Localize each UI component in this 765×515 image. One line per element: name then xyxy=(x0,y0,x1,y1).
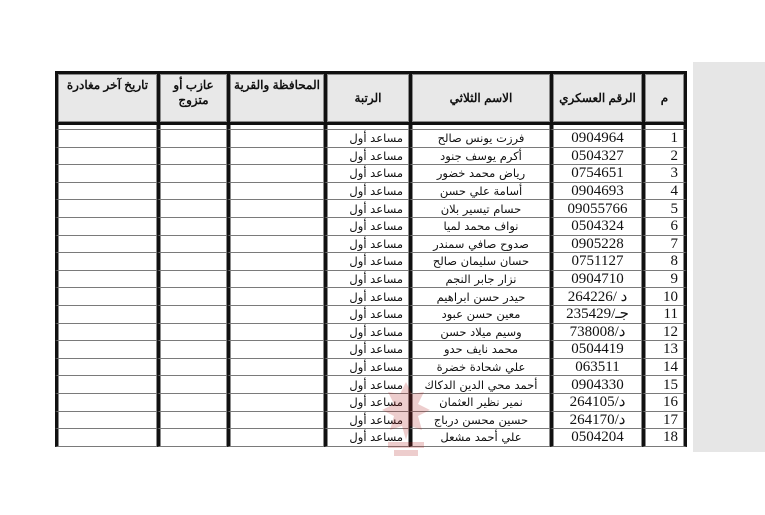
table-row: 10904964فرزت يونس صالحمساعد أول xyxy=(55,130,687,148)
rank-cell: مساعد أول xyxy=(324,148,409,166)
full-name-cell: نزار جابر النجم xyxy=(409,271,550,289)
rank-cell: مساعد أول xyxy=(324,412,409,430)
marital-status-cell xyxy=(157,200,227,218)
last-departure-date-cell xyxy=(55,183,157,201)
full-name-cell: صدوح صافي سمندر xyxy=(409,236,550,254)
row-index: 12 xyxy=(642,324,687,342)
full-name-cell: علي شحادة خضرة xyxy=(409,359,550,377)
header-last-departure-date: تاريخ آخر مغادرة xyxy=(55,74,157,125)
row-index: 17 xyxy=(642,412,687,430)
table-row: 130504419محمد نايف حدومساعد أول xyxy=(55,341,687,359)
marital-status-cell xyxy=(157,429,227,447)
last-departure-date-cell xyxy=(55,306,157,324)
table-row: 30754651رياض محمد خضورمساعد أول xyxy=(55,165,687,183)
rank-cell: مساعد أول xyxy=(324,341,409,359)
row-index: 2 xyxy=(642,148,687,166)
row-index: 8 xyxy=(642,253,687,271)
row-index: 6 xyxy=(642,218,687,236)
row-index: 15 xyxy=(642,376,687,394)
header-index: م xyxy=(642,74,687,125)
rank-cell: مساعد أول xyxy=(324,394,409,412)
governorate-village-cell xyxy=(227,394,324,412)
marital-status-cell xyxy=(157,359,227,377)
military-number-cell: 09055766 xyxy=(550,200,642,218)
full-name-cell: نمير نظير العثمان xyxy=(409,394,550,412)
table-row: 12738008/دوسيم ميلاد حسنمساعد أول xyxy=(55,324,687,342)
full-name-cell: نواف محمد لميا xyxy=(409,218,550,236)
full-name-cell: علي أحمد مشعل xyxy=(409,429,550,447)
governorate-village-cell xyxy=(227,165,324,183)
military-number-cell: 264170/د xyxy=(550,412,642,430)
header-marital-status: عازب أو متزوج xyxy=(157,74,227,125)
table-row: 60504324نواف محمد لميامساعد أول xyxy=(55,218,687,236)
header-full-name: الاسم الثلاثي xyxy=(409,74,550,125)
rank-cell: مساعد أول xyxy=(324,429,409,447)
rank-cell: مساعد أول xyxy=(324,200,409,218)
rank-cell: مساعد أول xyxy=(324,324,409,342)
rank-cell: مساعد أول xyxy=(324,183,409,201)
military-number-cell: 0904964 xyxy=(550,130,642,148)
rank-cell: مساعد أول xyxy=(324,130,409,148)
last-departure-date-cell xyxy=(55,148,157,166)
header-military-number: الرقم العسكري xyxy=(550,74,642,125)
rank-cell: مساعد أول xyxy=(324,236,409,254)
full-name-cell: أكرم يوسف جنود xyxy=(409,148,550,166)
last-departure-date-cell xyxy=(55,253,157,271)
marital-status-cell xyxy=(157,218,227,236)
row-index: 4 xyxy=(642,183,687,201)
military-number-cell: 0504324 xyxy=(550,218,642,236)
personnel-table: م الرقم العسكري الاسم الثلاثي الرتبة الم… xyxy=(55,74,687,447)
military-number-cell: 0754651 xyxy=(550,165,642,183)
military-number-cell: 0904330 xyxy=(550,376,642,394)
last-departure-date-cell xyxy=(55,341,157,359)
table-row: 80751127حسان سليمان صالحمساعد أول xyxy=(55,253,687,271)
table-row: 17264170/دحسين محسن درباجمساعد أول xyxy=(55,412,687,430)
governorate-village-cell xyxy=(227,271,324,289)
header-governorate-village: المحافظة والقرية xyxy=(227,74,324,125)
last-departure-date-cell xyxy=(55,271,157,289)
military-number-cell: 0504204 xyxy=(550,429,642,447)
full-name-cell: حسان سليمان صالح xyxy=(409,253,550,271)
military-number-cell: 0504419 xyxy=(550,341,642,359)
rank-cell: مساعد أول xyxy=(324,359,409,377)
rank-cell: مساعد أول xyxy=(324,271,409,289)
header-row: م الرقم العسكري الاسم الثلاثي الرتبة الم… xyxy=(55,74,687,125)
last-departure-date-cell xyxy=(55,218,157,236)
row-index: 7 xyxy=(642,236,687,254)
marital-status-cell xyxy=(157,253,227,271)
military-number-cell: 738008/د xyxy=(550,324,642,342)
governorate-village-cell xyxy=(227,200,324,218)
table-row: 10264226/ دحيدر حسن ابراهيممساعد أول xyxy=(55,288,687,306)
personnel-table-sheet: م الرقم العسكري الاسم الثلاثي الرتبة الم… xyxy=(55,71,687,447)
governorate-village-cell xyxy=(227,183,324,201)
side-panel xyxy=(693,62,765,452)
row-index: 13 xyxy=(642,341,687,359)
military-number-cell: 0504327 xyxy=(550,148,642,166)
row-index: 14 xyxy=(642,359,687,377)
table-row: 150904330أحمد محي الدين الدكاكمساعد أول xyxy=(55,376,687,394)
row-index: 11 xyxy=(642,306,687,324)
row-index: 1 xyxy=(642,130,687,148)
marital-status-cell xyxy=(157,412,227,430)
header-rank: الرتبة xyxy=(324,74,409,125)
full-name-cell: محمد نايف حدو xyxy=(409,341,550,359)
table-body: 10904964فرزت يونس صالحمساعد أول20504327أ… xyxy=(55,125,687,447)
row-index: 9 xyxy=(642,271,687,289)
marital-status-cell xyxy=(157,306,227,324)
full-name-cell: فرزت يونس صالح xyxy=(409,130,550,148)
governorate-village-cell xyxy=(227,341,324,359)
governorate-village-cell xyxy=(227,412,324,430)
military-number-cell: 0905228 xyxy=(550,236,642,254)
rank-cell: مساعد أول xyxy=(324,253,409,271)
governorate-village-cell xyxy=(227,288,324,306)
full-name-cell: أحمد محي الدين الدكاك xyxy=(409,376,550,394)
row-index: 3 xyxy=(642,165,687,183)
last-departure-date-cell xyxy=(55,324,157,342)
military-number-cell: 0751127 xyxy=(550,253,642,271)
rank-cell: مساعد أول xyxy=(324,165,409,183)
governorate-village-cell xyxy=(227,130,324,148)
full-name-cell: أسامة علي حسن xyxy=(409,183,550,201)
full-name-cell: حيدر حسن ابراهيم xyxy=(409,288,550,306)
marital-status-cell xyxy=(157,165,227,183)
last-departure-date-cell xyxy=(55,429,157,447)
military-number-cell: 264105/د xyxy=(550,394,642,412)
military-number-cell: 063511 xyxy=(550,359,642,377)
last-departure-date-cell xyxy=(55,165,157,183)
rank-cell: مساعد أول xyxy=(324,218,409,236)
row-index: 10 xyxy=(642,288,687,306)
marital-status-cell xyxy=(157,130,227,148)
governorate-village-cell xyxy=(227,359,324,377)
table-row: 11235429/جـمعين حسن عبودمساعد أول xyxy=(55,306,687,324)
rank-cell: مساعد أول xyxy=(324,306,409,324)
governorate-village-cell xyxy=(227,376,324,394)
last-departure-date-cell xyxy=(55,236,157,254)
military-number-cell: 235429/جـ xyxy=(550,306,642,324)
governorate-village-cell xyxy=(227,148,324,166)
marital-status-cell xyxy=(157,341,227,359)
marital-status-cell xyxy=(157,394,227,412)
full-name-cell: حسين محسن درباج xyxy=(409,412,550,430)
marital-status-cell xyxy=(157,376,227,394)
last-departure-date-cell xyxy=(55,130,157,148)
marital-status-cell xyxy=(157,288,227,306)
marital-status-cell xyxy=(157,148,227,166)
last-departure-date-cell xyxy=(55,200,157,218)
table-row: 40904693أسامة علي حسنمساعد أول xyxy=(55,183,687,201)
table-row: 90904710نزار جابر النجممساعد أول xyxy=(55,271,687,289)
military-number-cell: 0904693 xyxy=(550,183,642,201)
full-name-cell: رياض محمد خضور xyxy=(409,165,550,183)
table-row: 509055766حسام تيسير بلانمساعد أول xyxy=(55,200,687,218)
governorate-village-cell xyxy=(227,429,324,447)
last-departure-date-cell xyxy=(55,288,157,306)
row-index: 18 xyxy=(642,429,687,447)
table-row: 180504204علي أحمد مشعلمساعد أول xyxy=(55,429,687,447)
table-row: 14063511علي شحادة خضرةمساعد أول xyxy=(55,359,687,377)
full-name-cell: معين حسن عبود xyxy=(409,306,550,324)
last-departure-date-cell xyxy=(55,412,157,430)
last-departure-date-cell xyxy=(55,359,157,377)
marital-status-cell xyxy=(157,183,227,201)
full-name-cell: وسيم ميلاد حسن xyxy=(409,324,550,342)
governorate-village-cell xyxy=(227,306,324,324)
rank-cell: مساعد أول xyxy=(324,288,409,306)
governorate-village-cell xyxy=(227,324,324,342)
row-index: 16 xyxy=(642,394,687,412)
last-departure-date-cell xyxy=(55,394,157,412)
marital-status-cell xyxy=(157,324,227,342)
marital-status-cell xyxy=(157,271,227,289)
governorate-village-cell xyxy=(227,253,324,271)
full-name-cell: حسام تيسير بلان xyxy=(409,200,550,218)
table-row: 16264105/دنمير نظير العثمانمساعد أول xyxy=(55,394,687,412)
governorate-village-cell xyxy=(227,218,324,236)
governorate-village-cell xyxy=(227,236,324,254)
last-departure-date-cell xyxy=(55,376,157,394)
marital-status-cell xyxy=(157,236,227,254)
row-index: 5 xyxy=(642,200,687,218)
table-row: 70905228صدوح صافي سمندرمساعد أول xyxy=(55,236,687,254)
rank-cell: مساعد أول xyxy=(324,376,409,394)
table-row: 20504327أكرم يوسف جنودمساعد أول xyxy=(55,148,687,166)
military-number-cell: 264226/ د xyxy=(550,288,642,306)
military-number-cell: 0904710 xyxy=(550,271,642,289)
